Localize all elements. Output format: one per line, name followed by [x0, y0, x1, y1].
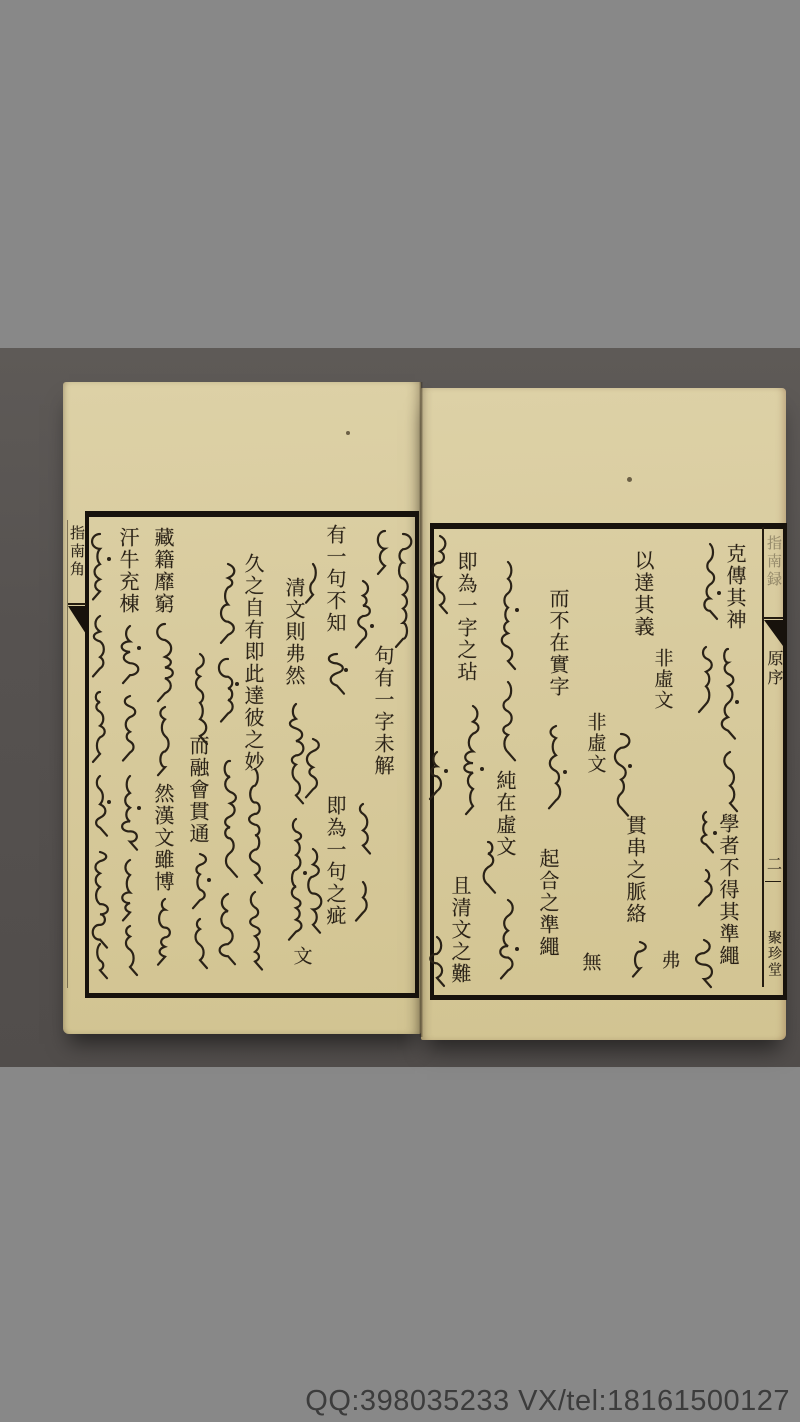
manchu-text-column: [695, 540, 725, 628]
manchu-text-column: [348, 800, 378, 862]
manchu-text-column: [115, 622, 145, 694]
manchu-text-column: [85, 848, 115, 950]
chinese-text-column: 即為一句之疵: [325, 795, 345, 927]
manchu-text-column: [473, 838, 503, 902]
manchu-text-column: [348, 577, 378, 659]
manchu-text-column: [213, 560, 243, 652]
manchu-text-column: [215, 757, 245, 887]
chinese-text-column: 而不在實字: [548, 588, 568, 698]
manchu-text-column: [185, 915, 215, 983]
chinese-text-column: 克傳其神: [725, 543, 745, 631]
manchu-text-column: [150, 703, 180, 791]
chinese-text-column: 以達其義: [633, 550, 653, 638]
manchu-text-column: [281, 700, 311, 812]
manchu-text-column: [115, 692, 145, 774]
chinese-text-column: 汗牛充棟: [118, 527, 138, 615]
manchu-text-column: [115, 922, 145, 984]
chinese-text-column: 有一句不知: [325, 524, 345, 634]
manchu-text-column: [322, 650, 352, 708]
chinese-text-column: 弗: [660, 950, 679, 971]
chinese-text-column: 非虛文: [653, 648, 672, 711]
manchu-text-column: [348, 878, 378, 934]
manchu-text-column: [213, 890, 243, 974]
chinese-text-column: 學者不得其準繩: [718, 813, 738, 967]
manchu-text-column: [691, 808, 721, 868]
manchu-text-column: [213, 655, 243, 735]
manchu-text-column: [625, 938, 655, 990]
chinese-text-column: 且清文之難: [450, 875, 470, 985]
manchu-text-column: [689, 936, 719, 992]
manchu-text-column: [85, 688, 115, 774]
manchu-text-column: [422, 933, 452, 991]
manchu-text-column: [422, 748, 452, 810]
manchu-text-column: [185, 650, 215, 746]
chinese-text-column: 文: [292, 946, 311, 967]
chinese-text-column: 貫串之脈絡: [625, 815, 645, 925]
chinese-text-column: 起合之準繩: [538, 848, 558, 958]
watermark-text: QQ:398035233 VX/tel:18161500127: [305, 1385, 790, 1418]
chinese-text-column: 句有一字未解: [373, 645, 393, 777]
manchu-text-column: [185, 850, 215, 924]
chinese-text-column: 藏籍靡窮: [153, 527, 173, 615]
manchu-text-column: [493, 558, 523, 674]
manchu-text-column: [85, 940, 115, 988]
manchu-text-column: [150, 895, 180, 979]
manchu-text-column: [240, 888, 270, 980]
manchu-text-column: [85, 530, 115, 606]
page-text-layer: 句有一字未解有一句不知即為一句之疵清文則弗然文久之自有即此達彼之妙而融會貫通藏籍…: [0, 0, 800, 1422]
manchu-text-column: [606, 730, 636, 822]
manchu-text-column: [458, 702, 488, 816]
manchu-text-column: [115, 856, 145, 930]
chinese-text-column: 而融會貫通: [188, 735, 208, 845]
manchu-text-column: [425, 532, 455, 616]
manchu-text-column: [115, 772, 145, 858]
chinese-text-column: 非虛文: [586, 712, 605, 775]
chinese-text-column: 即為一字之玷: [456, 551, 476, 683]
manchu-text-column: [691, 866, 721, 918]
manchu-text-column: [541, 722, 571, 820]
manchu-text-column: [691, 643, 721, 717]
manchu-text-column: [493, 678, 523, 766]
manchu-text-column: [281, 815, 311, 949]
chinese-text-column: 久之自有即此達彼之妙: [243, 553, 263, 773]
chinese-text-column: 然漢文雖博: [153, 783, 173, 893]
manchu-text-column: [150, 620, 180, 708]
manchu-text-column: [85, 772, 115, 850]
manchu-text-column: [85, 612, 115, 684]
chinese-text-column: 無: [581, 952, 600, 973]
photo-of-manchu-chinese-book: 指南角 指南録 原序 二 聚珍堂 句有一字未解有一句不知即為一句之疵清文則弗然文…: [0, 0, 800, 1422]
manchu-text-column: [493, 896, 523, 984]
chinese-text-column: 清文則弗然: [284, 577, 304, 687]
